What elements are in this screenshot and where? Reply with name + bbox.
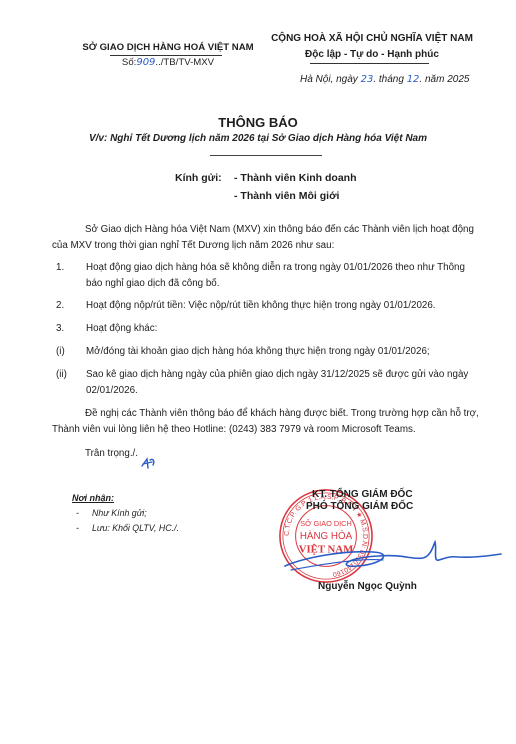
date-place: Hà Nội, ngày xyxy=(300,74,361,85)
list-marker: (ii) xyxy=(56,367,67,383)
list-marker: 3. xyxy=(56,321,64,337)
list-marker: (i) xyxy=(56,344,65,360)
motto-underline xyxy=(310,63,429,64)
date-month-label: . tháng xyxy=(373,74,406,85)
receivers-title-text: Nơi nhận xyxy=(72,493,111,503)
signer-title-primary: KT. TỔNG GIÁM ĐỐC xyxy=(312,489,413,500)
organization-name: SỞ GIAO DỊCH HÀNG HOÁ VIỆT NAM xyxy=(80,42,256,53)
list-item-line: Hoạt động nộp/rút tiền: Việc nộp/rút tiề… xyxy=(86,298,436,314)
list-item-line: Hoạt động giao dịch hàng hóa sẽ không di… xyxy=(86,260,465,276)
recipients-label: Kính gửi: xyxy=(175,172,222,184)
document-subject: V/v: Nghỉ Tết Dương lịch năm 2026 tại Sở… xyxy=(0,133,516,144)
intro-line: Sở Giao dịch Hàng hóa Việt Nam (MXV) xin… xyxy=(85,222,474,238)
signer-name: Nguyễn Ngọc Quỳnh xyxy=(318,581,417,592)
document-number: Số:909../TB/TV-MXV xyxy=(80,57,256,68)
document-number-handwritten: 909 xyxy=(136,57,155,68)
regards: Trân trọng./. xyxy=(85,446,138,462)
date-line: Hà Nội, ngày 23. tháng 12. năm 2025 xyxy=(300,74,469,85)
nation-title: CỘNG HOÀ XÃ HỘI CHỦ NGHĨA VIỆT NAM xyxy=(268,33,476,44)
receivers-title: Nơi nhận: xyxy=(72,493,114,503)
closing-line: Thành viên vui lòng liên hệ theo Hotline… xyxy=(52,422,416,438)
document-title: THÔNG BÁO xyxy=(0,115,516,130)
list-item-line: 02/01/2026. xyxy=(86,383,138,399)
intro-line: của MXV trong thời gian nghỉ Tết Dương l… xyxy=(52,238,334,254)
organization-underline xyxy=(110,55,222,56)
signer-title-secondary: PHÓ TỔNG GIÁM ĐỐC xyxy=(306,501,413,512)
receiver-item: -Như Kính gửi; xyxy=(76,508,147,518)
list-item-line: Hoạt động khác: xyxy=(86,321,157,337)
date-year: . năm 2025 xyxy=(419,74,469,85)
receiver-text: Lưu: Khối QLTV, HC./. xyxy=(92,523,179,533)
handwritten-signature-icon xyxy=(283,536,503,576)
list-item-line: báo nghỉ giao dịch đã công bố. xyxy=(86,276,219,292)
recipient-item: - Thành viên Môi giới xyxy=(234,190,339,202)
receiver-item: -Lưu: Khối QLTV, HC./. xyxy=(76,523,179,533)
national-motto: Độc lập - Tự do - Hạnh phúc xyxy=(268,49,476,60)
svg-text:SỞ GIAO DỊCH: SỞ GIAO DỊCH xyxy=(300,519,352,528)
initial-mark-icon xyxy=(138,456,160,470)
receivers-title-colon: : xyxy=(111,493,114,503)
list-marker: 1. xyxy=(56,260,64,276)
list-marker: 2. xyxy=(56,298,64,314)
title-divider xyxy=(210,155,322,156)
recipient-item: - Thành viên Kinh doanh xyxy=(234,172,357,184)
list-item-line: Mở/đóng tài khoản giao dịch hàng hóa khô… xyxy=(86,344,430,360)
date-month: 12 xyxy=(407,74,420,85)
document-number-prefix: Số: xyxy=(122,57,136,68)
closing-line: Đề nghị các Thành viên thông báo để khác… xyxy=(85,406,479,422)
date-day: 23 xyxy=(361,74,374,85)
receiver-text: Như Kính gửi; xyxy=(92,508,147,518)
document-number-suffix: ../TB/TV-MXV xyxy=(155,57,214,68)
list-item-line: Sao kê giao dịch hàng ngày của phiên gia… xyxy=(86,367,468,383)
